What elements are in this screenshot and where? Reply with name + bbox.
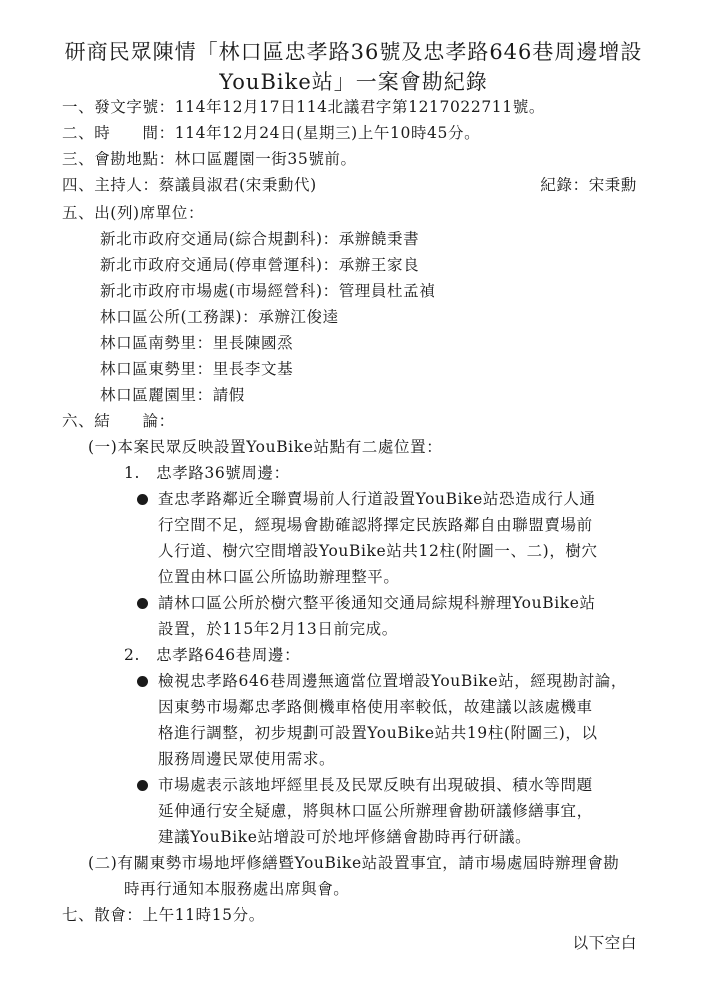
- attendee-item: 林口區東勢里：里長李文基: [100, 358, 293, 380]
- conclusion-2: (二)有關東勢市場地坪修繕暨YouBike站設置事宜，請市場處屆時辦理會勘: [88, 852, 619, 874]
- end-note: 以下空白: [573, 932, 637, 954]
- section-host: 四、主持人：蔡議員淑君(宋秉勳代): [62, 174, 317, 196]
- bullet-text-line: 格進行調整，初步規劃可設置YouBike站共19柱(附圖三)，以: [158, 722, 598, 744]
- section-location: 三、會勘地點：林口區麗園一街35號前。: [62, 148, 357, 170]
- location-item-1: 1. 忠孝路36號周邊：: [124, 462, 290, 484]
- bullet-text-line: 請林口區公所於樹穴整平後通知交通局綜規科辦理YouBike站: [158, 592, 596, 614]
- recorder: 紀錄：宋秉勳: [540, 174, 637, 196]
- bullet-text-line: 建議YouBike站增設可於地坪修繕會勘時再行研議。: [158, 826, 531, 848]
- bullet-icon: [137, 676, 148, 687]
- attendee-item: 林口區公所(工務課)：承辦江俊逵: [100, 306, 339, 328]
- section-document-number: 一、發文字號：114年12月17日114北議君字第1217022711號。: [62, 96, 545, 118]
- bullet-icon: [137, 494, 148, 505]
- document-title-line-1: 研商民眾陳情「林口區忠孝路36號及忠孝路646巷周邊增設: [0, 37, 707, 67]
- section-attendees-heading: 五、出(列)席單位：: [62, 202, 204, 224]
- attendee-item: 新北市政府交通局(停車營運科)：承辦王家良: [100, 254, 419, 276]
- section-conclusion-heading: 六、結 論：: [62, 410, 175, 432]
- location-item-2: 2. 忠孝路646巷周邊：: [124, 644, 300, 666]
- meeting-minutes-document: 研商民眾陳情「林口區忠孝路36號及忠孝路646巷周邊增設 YouBike站」一案…: [0, 0, 707, 1000]
- bullet-icon: [137, 780, 148, 791]
- conclusion-2-continued: 時再行通知本服務處出席與會。: [124, 878, 349, 900]
- bullet-text-line: 因東勢市場鄰忠孝路側機車格使用率較低，故建議以該處機車: [158, 696, 593, 718]
- attendee-item: 新北市政府市場處(市場經營科)：管理員杜孟禎: [100, 280, 435, 302]
- attendee-item: 林口區麗園里：請假: [100, 384, 245, 406]
- conclusion-1: (一)本案民眾反映設置YouBike站點有二處位置：: [88, 436, 442, 458]
- attendee-item: 新北市政府交通局(綜合規劃科)：承辦饒秉書: [100, 228, 419, 250]
- bullet-text-line: 市場處表示該地坪經里長及民眾反映有出現破損、積水等問題: [158, 774, 593, 796]
- bullet-text-line: 服務周邊民眾使用需求。: [158, 748, 335, 770]
- bullet-text-line: 查忠孝路鄰近全聯賣場前人行道設置YouBike站恐造成行人通: [158, 488, 596, 510]
- section-time: 二、時 間：114年12月24日(星期三)上午10時45分。: [62, 122, 480, 144]
- bullet-text-line: 設置，於115年2月13日前完成。: [158, 618, 398, 640]
- bullet-text-line: 行空間不足，經現場會勘確認將擇定民族路鄰自由聯盟賣場前: [158, 514, 593, 536]
- bullet-text-line: 位置由林口區公所協助辦理整平。: [158, 566, 400, 588]
- attendee-item: 林口區南勢里：里長陳國烝: [100, 332, 293, 354]
- document-title-line-2: YouBike站」一案會勘紀錄: [0, 67, 707, 97]
- bullet-text-line: 延伸通行安全疑慮，將與林口區公所辦理會勘研議修繕事宜，: [158, 800, 593, 822]
- bullet-icon: [137, 598, 148, 609]
- section-adjourn: 七、散會：上午11時15分。: [62, 904, 265, 926]
- bullet-text-line: 檢視忠孝路646巷周邊無適當位置增設YouBike站，經現勘討論，: [158, 670, 627, 692]
- bullet-text-line: 人行道、樹穴空間增設YouBike站共12柱(附圖一、二)，樹穴: [158, 540, 598, 562]
